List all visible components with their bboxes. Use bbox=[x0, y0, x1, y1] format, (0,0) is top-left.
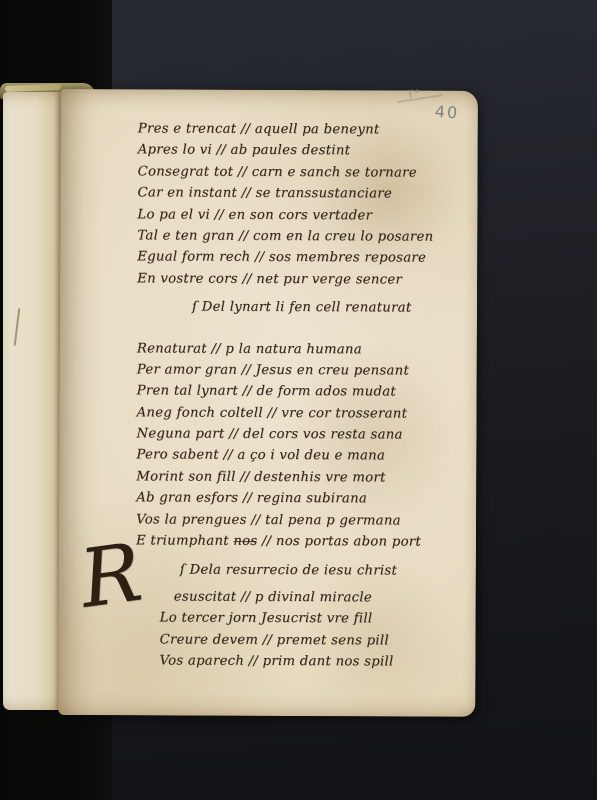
verse-line: Egual form rech // sos membres reposare bbox=[137, 247, 467, 270]
facing-page-edge bbox=[3, 92, 65, 710]
stanza-1: Pres e trencat // aquell pa beneynt Apre… bbox=[137, 118, 468, 291]
stanza-3: R esuscitat // p divinal miracle Lo terc… bbox=[159, 586, 465, 673]
stanza-2: Renaturat // p la natura humana Per amor… bbox=[136, 338, 467, 553]
verse-line: Creure devem // premet sens pill bbox=[160, 629, 466, 652]
verse-line-with-strikethrough: E triumphant n̶o̶s̶ // nos portas abon p… bbox=[136, 530, 466, 553]
verse-line: Lo tercer jorn Jesucrist vre fill bbox=[160, 608, 466, 631]
section-heading-2: ſ Dela resurrecio de iesu christ bbox=[180, 560, 466, 583]
verse-line: Consegrat tot // carn e sanch se tornare bbox=[138, 161, 468, 184]
verse-line: esuscitat // p divinal miracle bbox=[160, 586, 466, 609]
verse-line: Vos aparech // prim dant nos spill bbox=[159, 650, 465, 673]
verse-line: Apres lo vi // ab paules destint bbox=[138, 140, 468, 163]
verse-line: Per amor gran // Jesus en creu pensant bbox=[137, 359, 467, 382]
verse-line: Lo pa el vi // en son cors vertader bbox=[137, 204, 467, 227]
manuscript-page: T° 40 Pres e trencat // aquell pa beneyn… bbox=[58, 89, 478, 717]
verse-line: Renaturat // p la natura humana bbox=[137, 338, 467, 361]
manuscript-photo: T° 40 Pres e trencat // aquell pa beneyn… bbox=[0, 0, 597, 800]
verse-line: Vos la prengues // tal pena p germana bbox=[136, 509, 466, 532]
text-block: Pres e trencat // aquell pa beneynt Apre… bbox=[135, 118, 467, 673]
decorated-initial-R: R bbox=[76, 532, 146, 619]
verse-line: Car en instant // se transsustanciare bbox=[137, 183, 467, 206]
verse-line: Tal e ten gran // com en la creu lo posa… bbox=[137, 225, 467, 248]
section-heading-1: ſ Del lynart li fen cell renaturat bbox=[192, 297, 467, 320]
verse-line: Ab gran esfors // regina subirana bbox=[136, 488, 466, 511]
stray-ink-mark bbox=[14, 308, 21, 346]
verse-line: Pres e trencat // aquell pa beneynt bbox=[138, 118, 468, 141]
verse-line: Neguna part // del cors vos resta sana bbox=[136, 423, 466, 446]
verse-line: Aneg fonch coltell // vre cor trosserant bbox=[137, 402, 467, 425]
verse-line: Pren tal lynart // de form ados mudat bbox=[137, 381, 467, 404]
verse-line: Pero sabent // a ço i vol deu e mana bbox=[136, 445, 466, 468]
verse-line: En vostre cors // net pur verge sencer bbox=[137, 268, 467, 291]
verse-line: Morint son fill // destenhis vre mort bbox=[136, 466, 466, 489]
